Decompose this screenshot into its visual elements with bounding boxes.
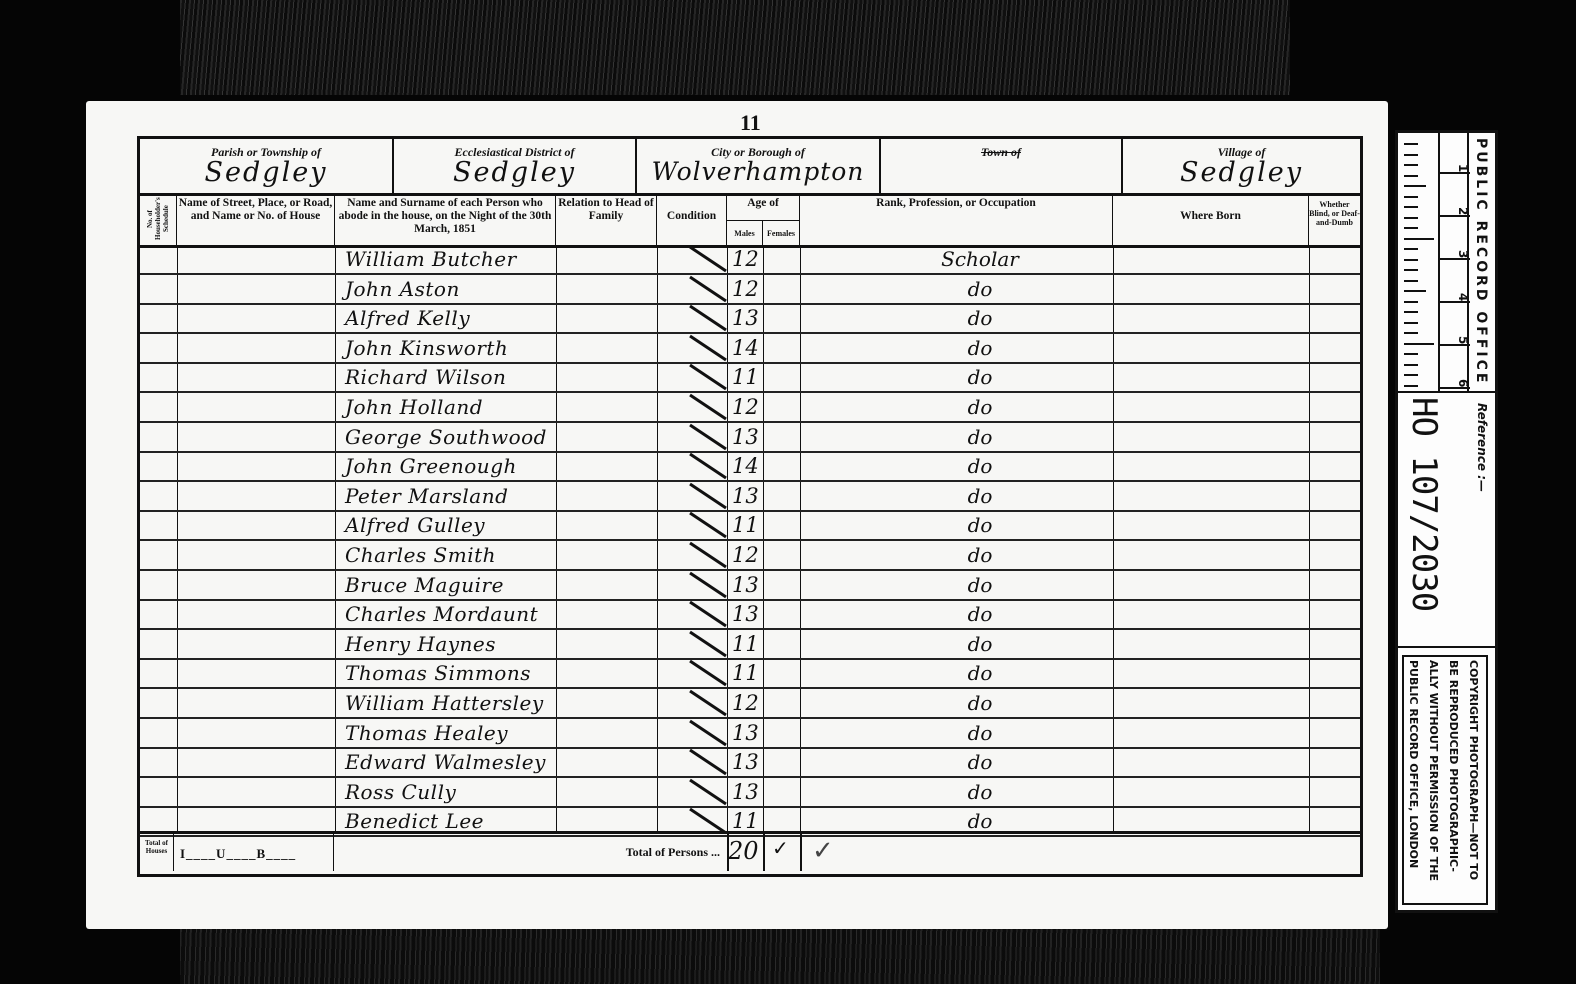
ruler-tick <box>1404 374 1418 376</box>
table-row: William Butcher12Scholar <box>140 245 1360 275</box>
ruler-tick <box>1404 301 1418 303</box>
ruler-tick <box>1404 248 1418 250</box>
scale-number: 1 <box>1440 133 1470 174</box>
town-label: Town of <box>881 145 1121 160</box>
ruler-tick <box>1404 154 1418 156</box>
occupation: Scholar <box>880 247 1080 271</box>
ruler-tick <box>1404 259 1418 261</box>
scale-numbers: 123456 <box>1438 133 1468 391</box>
background-texture <box>180 0 1290 95</box>
person-name: Henry Haynes <box>345 632 496 656</box>
scale-number: 3 <box>1440 219 1470 260</box>
person-name: Richard Wilson <box>345 365 506 389</box>
location-header: Parish or Township of Sedgley Ecclesiast… <box>140 139 1360 196</box>
ecclesiastical-value: Sedgley <box>394 157 635 188</box>
table-row: William Hattersley12do <box>140 689 1360 719</box>
person-name: Alfred Gulley <box>345 513 485 537</box>
ecclesiastical-cell: Ecclesiastical District of Sedgley <box>394 139 637 193</box>
ruler-tick <box>1404 143 1418 145</box>
scale-number: 6 <box>1440 348 1470 389</box>
reference-box: Reference :— HO 107/2030 <box>1398 393 1495 648</box>
person-name: Alfred Kelly <box>345 306 470 330</box>
table-row: Alfred Gulley11do <box>140 511 1360 541</box>
person-name: William Hattersley <box>345 691 544 715</box>
age-male: 12 <box>732 543 759 567</box>
check-mark: ✓ <box>772 836 789 861</box>
age-male: 13 <box>732 573 759 597</box>
person-name: William Butcher <box>345 247 517 271</box>
occupation: do <box>880 573 1080 597</box>
copyright-notice: COPYRIGHT PHOTOGRAPH—NOT TOBE REPRODUCED… <box>1402 655 1488 905</box>
occupation: do <box>880 632 1080 656</box>
table-row: Edward Walmesley13do <box>140 748 1360 778</box>
ruler-tick <box>1404 238 1434 240</box>
table-row: Peter Marsland13do <box>140 482 1360 512</box>
person-name: Thomas Healey <box>345 721 508 745</box>
age-male: 14 <box>732 454 759 478</box>
person-name: John Aston <box>345 277 460 301</box>
ruler-tick <box>1404 353 1418 355</box>
occupation: do <box>880 691 1080 715</box>
reference-value: HO 107/2030 <box>1404 397 1444 611</box>
ruler-tick <box>1404 185 1426 187</box>
parish-value: Sedgley <box>140 157 392 188</box>
ruler-tick <box>1404 196 1418 198</box>
total-persons-value: 20 <box>728 837 759 865</box>
table-row: Thomas Healey13do <box>140 719 1360 749</box>
table-row: Alfred Kelly13do <box>140 304 1360 334</box>
col-males: Males <box>727 221 763 245</box>
ruler-tick <box>1404 164 1418 166</box>
table-row: John Holland12do <box>140 393 1360 423</box>
ruler-tick <box>1404 322 1418 324</box>
table-row: John Kinsworth14do <box>140 334 1360 364</box>
age-male: 11 <box>732 513 759 537</box>
col-females: Females <box>763 221 800 245</box>
rule <box>727 834 729 871</box>
scale-ruler: 123456 <box>1398 133 1468 393</box>
ruler-tick <box>1404 175 1418 177</box>
ruler-tick <box>1404 227 1418 229</box>
person-name: Charles Mordaunt <box>345 602 538 626</box>
occupation: do <box>880 365 1080 389</box>
table-row: George Southwood13do <box>140 423 1360 453</box>
city-value: Wolverhampton <box>637 157 879 186</box>
ruler-tick <box>1404 206 1418 208</box>
check-mark-faint: ✓ <box>812 836 834 866</box>
table-row: Charles Mordaunt13do <box>140 600 1360 630</box>
ruler-tick <box>1404 385 1418 387</box>
age-male: 11 <box>732 661 759 685</box>
ruler-tick <box>1404 343 1434 345</box>
person-name: John Kinsworth <box>345 336 508 360</box>
ruler-tick <box>1404 269 1418 271</box>
col-relation: Relation to Head of Family <box>556 193 657 245</box>
occupation: do <box>880 395 1080 419</box>
ruler-tick <box>1404 364 1418 366</box>
age-male: 11 <box>732 632 759 656</box>
col-occupation: Rank, Profession, or Occupation <box>800 193 1113 245</box>
person-name: Bruce Maguire <box>345 573 504 597</box>
table-row: Henry Haynes11do <box>140 630 1360 660</box>
age-male: 13 <box>732 602 759 626</box>
col-street: Name of Street, Place, or Road, and Name… <box>177 193 335 245</box>
census-form: Parish or Township of Sedgley Ecclesiast… <box>137 136 1363 877</box>
table-row: Richard Wilson11do <box>140 363 1360 393</box>
rule <box>763 834 765 871</box>
scale-number: 2 <box>1440 176 1470 217</box>
age-male: 12 <box>732 277 759 301</box>
ruler-tick <box>1404 217 1418 219</box>
occupation: do <box>880 425 1080 449</box>
person-name: John Holland <box>345 395 483 419</box>
occupation: do <box>880 780 1080 804</box>
person-name: Thomas Simmons <box>345 661 531 685</box>
age-male: 13 <box>732 780 759 804</box>
age-male: 12 <box>732 395 759 419</box>
person-name: Benedict Lee <box>345 809 484 833</box>
col-where-born: Where Born <box>1113 193 1309 245</box>
occupation: do <box>880 602 1080 626</box>
age-male: 11 <box>732 365 759 389</box>
age-male: 13 <box>732 425 759 449</box>
rule <box>800 834 802 871</box>
col-age: Age of <box>727 193 800 221</box>
occupation: do <box>880 454 1080 478</box>
age-male: 13 <box>732 484 759 508</box>
reference-label: Reference :— <box>1475 403 1489 492</box>
parish-cell: Parish or Township of Sedgley <box>140 139 394 193</box>
copyright-line: COPYRIGHT PHOTOGRAPH—NOT TO <box>1463 660 1483 900</box>
total-persons-label: Total of Persons ... <box>626 845 720 860</box>
scale-number: 5 <box>1440 305 1470 346</box>
ruler-tick <box>1404 311 1418 313</box>
city-cell: City or Borough of Wolverhampton <box>637 139 881 193</box>
occupation: do <box>880 721 1080 745</box>
occupation: do <box>880 513 1080 537</box>
scale-number: 4 <box>1440 262 1470 303</box>
background-texture-bottom <box>180 925 1380 984</box>
occupation: do <box>880 661 1080 685</box>
age-male: 13 <box>732 721 759 745</box>
column-headers: No. of Householder's Schedule Name of St… <box>140 193 1360 248</box>
age-male: 11 <box>732 809 759 833</box>
occupation: do <box>880 306 1080 330</box>
table-row: Charles Smith12do <box>140 541 1360 571</box>
age-male: 12 <box>732 691 759 715</box>
col-schedule: No. of Householder's Schedule <box>140 193 177 245</box>
person-name: Charles Smith <box>345 543 496 567</box>
occupation: do <box>880 750 1080 774</box>
occupation: do <box>880 277 1080 301</box>
occupation: do <box>880 809 1080 833</box>
table-row: John Greenough14do <box>140 452 1360 482</box>
ruler-tick <box>1404 280 1418 282</box>
age-male: 12 <box>732 247 759 271</box>
town-cell: Town of <box>881 139 1123 193</box>
occupation: do <box>880 336 1080 360</box>
age-male: 13 <box>732 306 759 330</box>
col-name: Name and Surname of each Person who abod… <box>335 193 556 245</box>
person-name: Peter Marsland <box>345 484 508 508</box>
copyright-line: ALLY WITHOUT PERMISSION OF THE <box>1423 660 1443 900</box>
table-row: Ross Cully13do <box>140 778 1360 808</box>
archive-label: 123456 PUBLIC RECORD OFFICE Reference :—… <box>1395 130 1498 913</box>
col-blind-deaf: Whether Blind, or Deaf-and-Dumb <box>1309 193 1360 245</box>
village-cell: Village of Sedgley <box>1123 139 1360 193</box>
table-row: Thomas Simmons11do <box>140 659 1360 689</box>
ruler-tick <box>1404 332 1418 334</box>
archive-title: PUBLIC RECORD OFFICE <box>1467 133 1495 393</box>
table-row: Bruce Maguire13do <box>140 571 1360 601</box>
person-name: George Southwood <box>345 425 547 449</box>
person-name: Ross Cully <box>345 780 456 804</box>
iub-field: I____U____B____ <box>174 834 334 871</box>
age-male: 13 <box>732 750 759 774</box>
village-value: Sedgley <box>1123 157 1360 188</box>
page-number: 11 <box>740 110 761 136</box>
total-houses-label: Total of Houses <box>140 834 174 871</box>
col-condition: Condition <box>657 193 727 245</box>
person-name: John Greenough <box>345 454 517 478</box>
table-row: John Aston12do <box>140 275 1360 305</box>
copyright-line: BE REPRODUCED PHOTOGRAPHIC- <box>1443 660 1463 900</box>
copyright-line: PUBLIC RECORD OFFICE, LONDON <box>1403 660 1423 900</box>
occupation: do <box>880 543 1080 567</box>
person-name: Edward Walmesley <box>345 750 546 774</box>
occupation: do <box>880 484 1080 508</box>
age-male: 14 <box>732 336 759 360</box>
ruler-tick <box>1404 290 1426 292</box>
totals-row: Total of Houses I____U____B____ Total of… <box>140 831 1360 874</box>
